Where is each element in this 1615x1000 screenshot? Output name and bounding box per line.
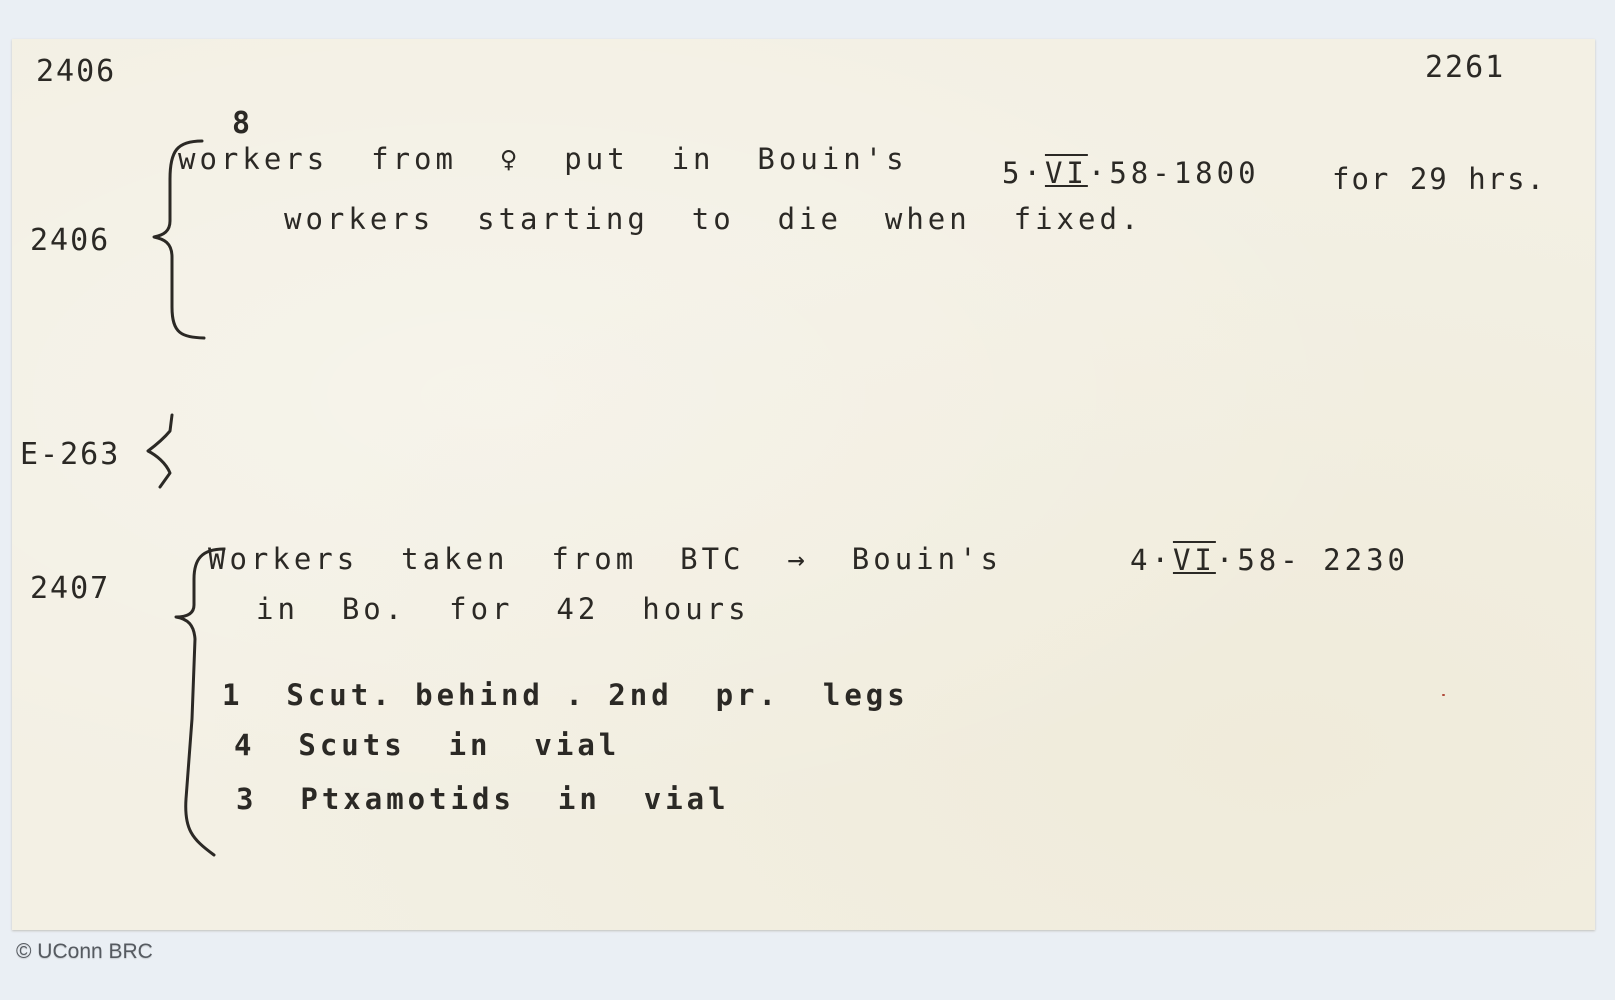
- copyright-notice: © UConn BRC: [16, 940, 153, 964]
- entry-line: workers from ♀ put in Bouin's: [178, 145, 908, 174]
- card-number-left: 2406: [36, 57, 116, 87]
- index-card: 2406 2261 2406 8 workers from ♀ put in B…: [12, 39, 1595, 930]
- angle-brace-icon: [140, 411, 180, 491]
- entry-date: 5·VI·58-1800: [1002, 159, 1260, 188]
- entry-label: E-263: [20, 440, 120, 470]
- ink-speck: [1442, 694, 1445, 696]
- entry-line: workers starting to die when fixed.: [284, 205, 1142, 234]
- card-number-right: 2261: [1425, 53, 1505, 83]
- entry-label: 2406: [30, 226, 110, 256]
- entry-line: 4 Scuts in vial: [234, 731, 620, 760]
- entry-line: in Bo. for 42 hours: [256, 595, 750, 624]
- entry-line: 3 Ptxamotids in vial: [236, 785, 730, 814]
- entry-label: 2407: [30, 574, 110, 604]
- scan-viewer: 2406 2261 2406 8 workers from ♀ put in B…: [0, 0, 1615, 1000]
- superscript-count: 8: [232, 109, 252, 139]
- entry-date: 4·VI·58- 2230: [1130, 546, 1409, 575]
- entry-line: 1 Scut. behind . 2nd pr. legs: [222, 681, 909, 710]
- entry-line: Workers taken from BTC → Bouin's: [208, 545, 1002, 574]
- entry-duration: for 29 hrs.: [1332, 165, 1546, 194]
